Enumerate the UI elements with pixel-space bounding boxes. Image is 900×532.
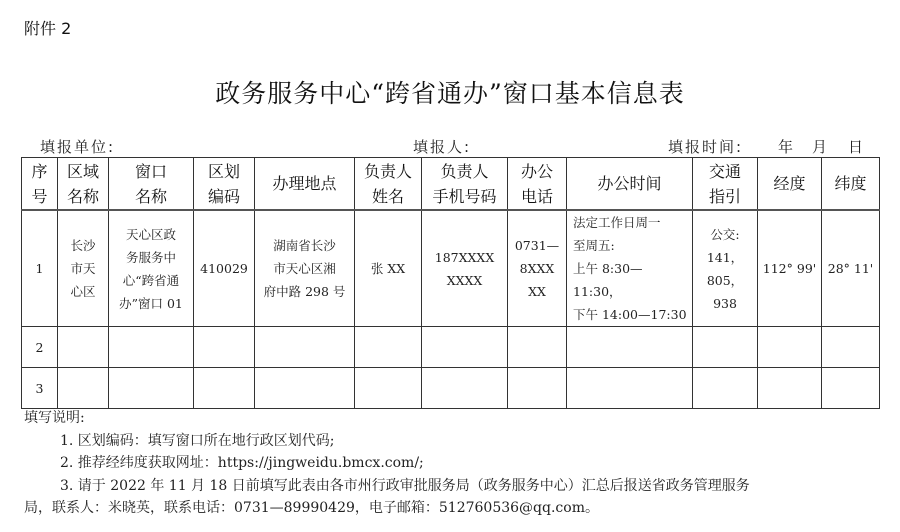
col-no: 序号: [22, 158, 58, 211]
cell-empty[interactable]: [422, 368, 508, 409]
cell-empty[interactable]: [109, 368, 194, 409]
col-latitude: 纬度: [822, 158, 880, 211]
col-longitude: 经度: [758, 158, 822, 211]
cell-address: 湖南省长沙 市天心区湘 府中路 298 号: [255, 210, 355, 327]
col-mobile: 负责人手机号码: [422, 158, 508, 211]
col-window: 窗口名称: [109, 158, 194, 211]
col-address: 办理地点: [255, 158, 355, 211]
col-manager: 负责人姓名: [355, 158, 422, 211]
reporter-label: 填报人:: [413, 136, 471, 157]
cell-empty[interactable]: [508, 368, 567, 409]
cell-no: 3: [22, 368, 58, 409]
cell-region: 长沙 市天 心区: [58, 210, 109, 327]
cell-longitude: 112° 99': [758, 210, 822, 327]
year-label: 年: [778, 136, 795, 157]
day-label: 日: [848, 136, 865, 157]
cell-no: 1: [22, 210, 58, 327]
cell-window: 天心区政 务服务中 心“跨省通 办”窗口 01: [109, 210, 194, 327]
instruction-continuation: 局，联系人：米晓英，联系电话：0731—89990429，电子邮箱：512760…: [24, 497, 884, 520]
cell-no: 2: [22, 327, 58, 368]
cell-transport: 公交: 141， 805，938: [693, 210, 758, 327]
instruction-item: 3. 请于 2022 年 11 月 18 日前填写此表由各市州行政审批服务局（政…: [24, 475, 884, 498]
cell-empty[interactable]: [508, 327, 567, 368]
table-row: 1 长沙 市天 心区 天心区政 务服务中 心“跨省通 办”窗口 01 41002…: [22, 210, 880, 327]
cell-empty[interactable]: [758, 327, 822, 368]
info-table: 序号 区域名称 窗口名称 区划编码 办理地点 负责人姓名 负责人手机号码 办公电…: [21, 157, 880, 409]
instruction-item: 1. 区划编码：填写窗口所在地行政区划代码;: [24, 430, 884, 453]
instructions-heading: 填写说明:: [24, 407, 884, 430]
page-title: 政务服务中心“跨省通办”窗口基本信息表: [0, 74, 900, 110]
attachment-label: 附件 2: [24, 16, 71, 39]
unit-label: 填报单位:: [40, 136, 115, 157]
time-label: 填报时间:: [668, 136, 743, 157]
cell-empty[interactable]: [109, 327, 194, 368]
cell-phone: 0731— 8XXX XX: [508, 210, 567, 327]
cell-empty[interactable]: [693, 368, 758, 409]
cell-empty[interactable]: [567, 327, 693, 368]
header-row: 序号 区域名称 窗口名称 区划编码 办理地点 负责人姓名 负责人手机号码 办公电…: [22, 158, 880, 211]
col-region: 区域名称: [58, 158, 109, 211]
cell-empty[interactable]: [822, 368, 880, 409]
cell-empty[interactable]: [822, 327, 880, 368]
cell-empty[interactable]: [194, 327, 255, 368]
cell-empty[interactable]: [422, 327, 508, 368]
cell-empty[interactable]: [255, 327, 355, 368]
instruction-item: 2. 推荐经纬度获取网址：https://jingweidu.bmcx.com/…: [24, 452, 884, 475]
cell-empty[interactable]: [567, 368, 693, 409]
table-row: 2: [22, 327, 880, 368]
cell-empty[interactable]: [58, 327, 109, 368]
col-hours: 办公时间: [567, 158, 693, 211]
month-label: 月: [812, 136, 829, 157]
cell-empty[interactable]: [693, 327, 758, 368]
cell-empty[interactable]: [58, 368, 109, 409]
instructions: 填写说明: 1. 区划编码：填写窗口所在地行政区划代码; 2. 推荐经纬度获取网…: [24, 407, 884, 520]
cell-empty[interactable]: [355, 327, 422, 368]
cell-code: 410029: [194, 210, 255, 327]
col-phone: 办公电话: [508, 158, 567, 211]
table-row: 3: [22, 368, 880, 409]
cell-empty[interactable]: [758, 368, 822, 409]
cell-mobile: 187XXXX XXXX: [422, 210, 508, 327]
cell-empty[interactable]: [355, 368, 422, 409]
col-transport: 交通指引: [693, 158, 758, 211]
cell-manager: 张 XX: [355, 210, 422, 327]
cell-hours: 法定工作日周一 至周五: 上午 8:30—11:30， 下午 14:00—17:…: [567, 210, 693, 327]
cell-empty[interactable]: [194, 368, 255, 409]
col-code: 区划编码: [194, 158, 255, 211]
cell-empty[interactable]: [255, 368, 355, 409]
cell-latitude: 28° 11': [822, 210, 880, 327]
